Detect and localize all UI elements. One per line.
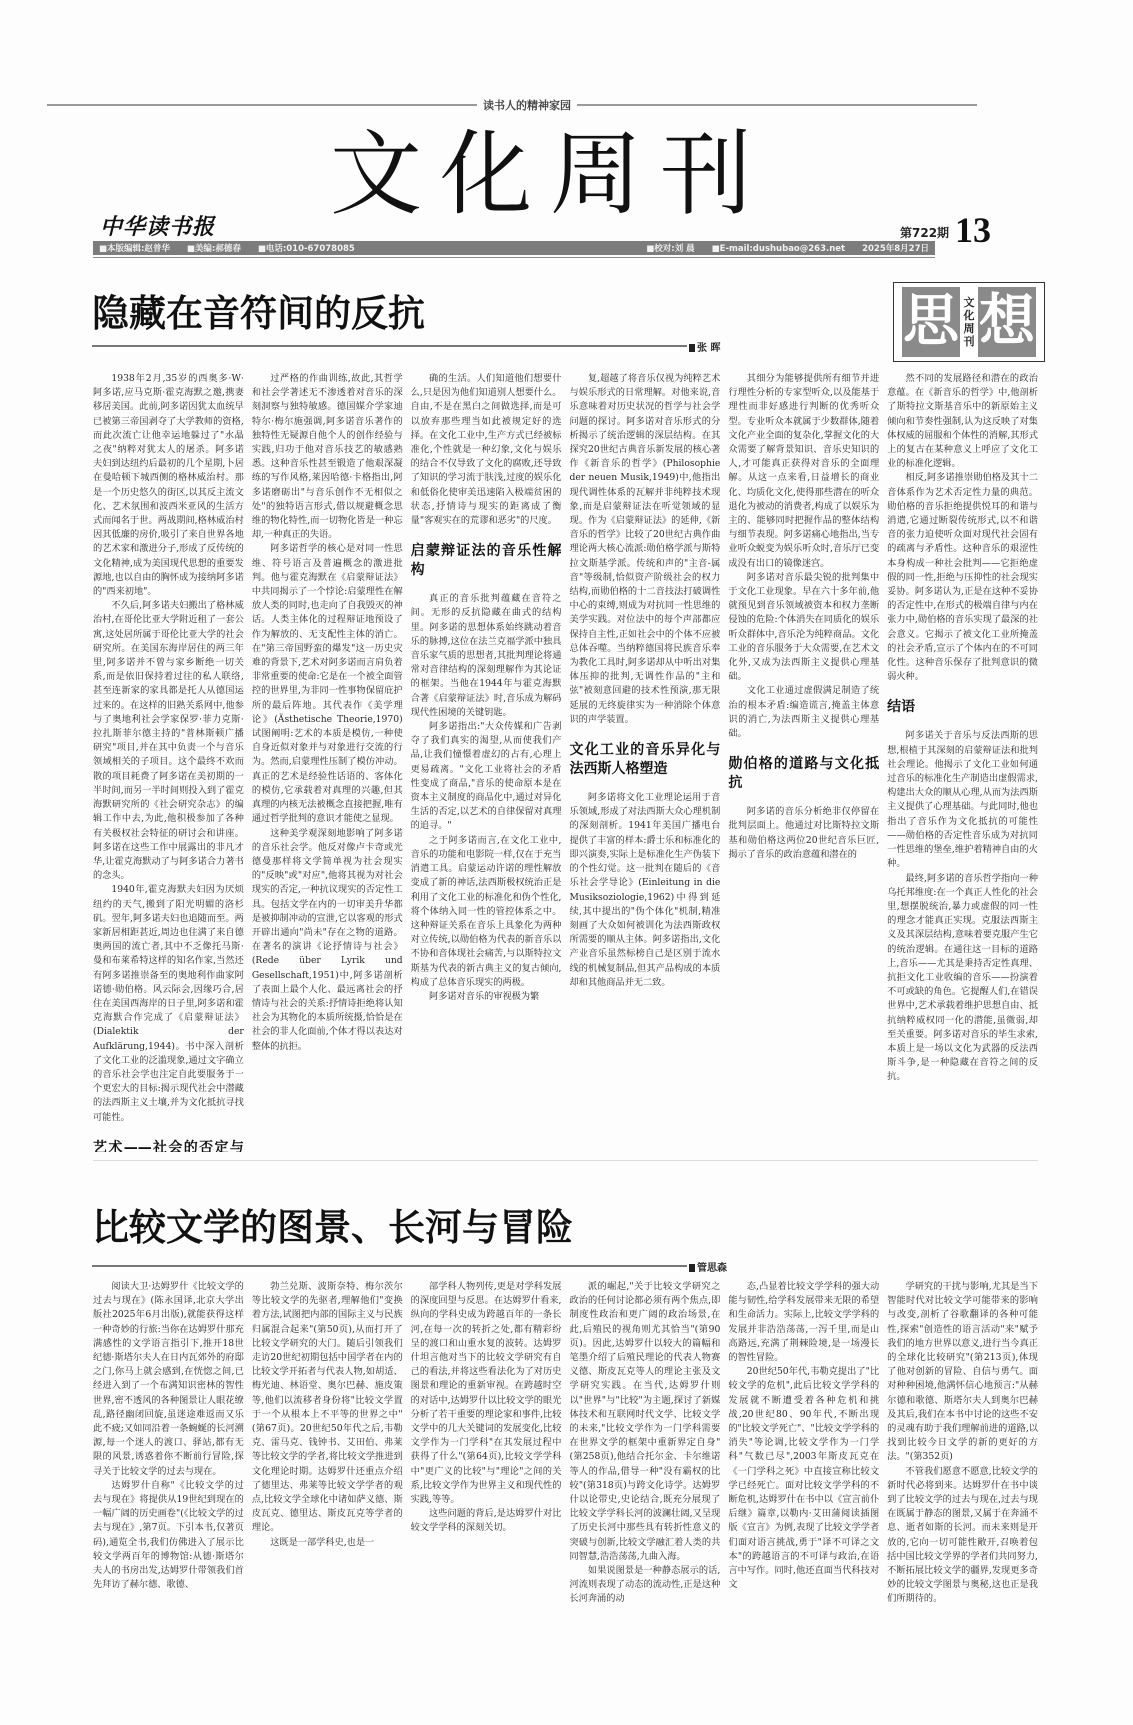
paragraph: 相反,阿多诺推崇勋伯格及其十二音体系作为艺术否定性力量的典范。勋伯格的音乐拒绝提… [887,471,1038,684]
paragraph: 最终,阿多诺的音乐哲学指向一种乌托邦维度:在一个真正人性化的社会里,想摆脱统治,… [887,872,1038,1085]
subheading-culture-industry: 文化工业的音乐异化与法西斯人格塑造 [569,741,720,779]
article1-byline: 张 晖 [689,339,720,354]
paragraph: 阿多诺哲学的核心是对同一性思维、符号语言及普遍概念的激进批判。他与霍克海默在《启… [252,542,403,826]
subheading-dialectic: 启蒙辩证法的音乐性解构 [411,542,562,580]
article1-column-1: 1938年2月,35岁的西奥多·W·阿多诺,应马克斯·霍克海默之邀,携妻移居美国… [93,372,244,1152]
article2-column-6: 学研究的干扰与影响,尤其是当下智能时代对比较文学可能带来的影响与改变,剖析了谷歌… [887,1280,1038,1700]
paragraph: 1940年,霍克海默夫妇因为厌烦纽约的天气,搬到了阳光明媚的洛杉矶。翌年,阿多诺… [93,883,244,1124]
proofreader-credit: ■校对:刘 晨 [646,244,694,254]
article2-body: 阅读大卫·达姆罗什《比较文学的过去与现在》(陈永国译,北京大学出版社2025年6… [93,1280,1038,1700]
info-bar-left: ■本版编辑:赵普华 ■美编:郝德春 ■电话:010-67078085 [99,242,355,254]
editor-credit: ■本版编辑:赵普华 [99,244,170,254]
masthead-rule-left [47,104,477,106]
paragraph: 不管我们愿意不愿意,比较文学的新时代必将到来。达姆罗什在书中谈到了比较文学的过去… [887,1465,1038,1607]
paragraph: 如果说图景是一种静态展示的话,河流则表现了动态的流动性,正是这种长河奔涌的动 [569,1564,720,1607]
subheading-conclusion: 结语 [887,698,1038,717]
email-address: ■E-mail:dushubao@263.net [712,244,846,254]
paragraph: 部学科人物列传,更是对学科发展的深度回望与反思。在达姆罗什看来,纵向的学科史成为… [411,1280,562,1507]
article2-column-5: 态,凸显着比较文学学科的强大动能与韧性,给学科发展带来无限的希望和生命活力。实际… [728,1280,879,1700]
phone-number: ■电话:010-67078085 [258,244,355,254]
article1-column-3: 确的生活。人们知道他们想要什么,只是因为他们知道别人想要什么。自由,不是在黑白之… [411,372,562,1152]
paragraph: 阿多诺对音乐的审视极为繁 [411,990,562,1004]
paragraph: 阿多诺的音乐分析绝非仅停留在批判层面上。他通过对比斯特拉文斯基和勋伯格这两位20… [728,805,879,862]
publication-date: 2025年8月27日 [862,244,929,254]
designer-credit: ■美编:郝德春 [187,244,241,254]
article1-column-2: 过严格的作曲训练,故此,其哲学和社会学著述无不渗透着对音乐的深刻洞察与独特敏感。… [252,372,403,1152]
info-bar-underline [93,257,935,258]
paragraph: 文化工业通过虚假满足制造了统治的根本矛盾:编造谎言,掩盖主体意识的消亡,为法西斯… [728,684,879,741]
article2-byline-rule [92,1265,687,1267]
masthead-motto: 读书人的精神家园 [478,97,576,113]
paragraph: 阿多诺对音乐最尖锐的批判集中于文化工业现象。早在六十多年前,他就预见到音乐领域被… [728,571,879,685]
column-logo-thought: 思 文化周刊 想 [893,282,1045,362]
paragraph: 不久后,阿多诺夫妇搬出了格林威治村,在哥伦比亚大学附近租了一套公寓,这处居所属于… [93,599,244,883]
subheading-art-society: 艺术——社会的否定与真理的显现 [93,1139,244,1152]
paragraph: 之于阿多诺而言,在文化工业中,音乐的功能和电影院一样,仅在于充当消遣工具。启蒙运… [411,834,562,990]
page-number: 13 [955,210,991,250]
article1-column-5: 其细分为能够提供所有细节并进行理性分析的专家型听众,以及能基于理性而非好感进行判… [728,372,879,1152]
paragraph: 其细分为能够提供所有细节并进行理性分析的专家型听众,以及能基于理性而非好感进行判… [728,372,879,571]
article2-column-2: 勃兰兑斯、波斯奈特、梅尔茨尔等比较文学的先驱者,理解他们"变换着方法,试图把内部… [252,1280,403,1700]
article2-column-3: 部学科人物列传,更是对学科发展的深度回望与反思。在达姆罗什看来,纵向的学科史成为… [411,1280,562,1700]
paragraph: 这既是一部学科史,也是一 [252,1536,403,1550]
masthead-title: 文化周刊 [330,120,750,230]
article1-body: 1938年2月,35岁的西奥多·W·阿多诺,应马克斯·霍克海默之邀,携妻移居美国… [93,372,1038,1152]
paragraph: 阿多诺关于音乐与反法西斯的思想,根植于其深刻的启蒙辩证法和批判社会理论。他揭示了… [887,729,1038,871]
article2-column-1: 阅读大卫·达姆罗什《比较文学的过去与现在》(陈永国译,北京大学出版社2025年6… [93,1280,244,1700]
paragraph: 阿多诺指出:"大众传媒和广告剥夺了我们真实的渴望,从而使我们产品,让我们憧憬着虚… [411,720,562,834]
article2-headline: 比较文学的图景、长河与冒险 [92,1197,573,1251]
masthead-rule-right [577,104,977,106]
column-logo-vertical-text: 文化周刊 [962,296,976,348]
newspaper-logo: 中华读书报 [100,210,215,241]
paragraph: 阅读大卫·达姆罗什《比较文学的过去与现在》(陈永国译,北京大学出版社2025年6… [93,1280,244,1479]
issue-number: 第722期 [900,224,949,241]
paragraph: 真正的音乐批判蕴藏在音符之间。无形的反抗隐藏在曲式的结构里。阿多诺的思想体系始终… [411,592,562,720]
paragraph: 然不同的发展路径和潜在的政治意蕴。在《新音乐的哲学》中,他剖析了斯特拉文斯基音乐… [887,372,1038,471]
paragraph: 这种美学观深刻地影响了阿多诺的音乐社会学。他反对像卢卡奇或光德曼那样将文学简单视… [252,827,403,1054]
article2-byline: 管思森 [689,1259,727,1274]
paragraph: 派的崛起,"关于比较文学研究之政治的任何讨论都必须有两个焦点,即制度性政治和更广… [569,1280,720,1564]
paragraph: 达姆罗什自称"《比较文学的过去与现在》将提供从19世纪到现在的一幅广阔的历史画卷… [93,1479,244,1593]
article-divider [93,1160,1038,1161]
article1-column-6: 然不同的发展路径和潜在的政治意蕴。在《新音乐的哲学》中,他剖析了斯特拉文斯基音乐… [887,372,1038,1152]
paragraph: 过严格的作曲训练,故此,其哲学和社会学著述无不渗透着对音乐的深刻洞察与独特敏感。… [252,372,403,542]
editorial-info-bar: ■本版编辑:赵普华 ■美编:郝德春 ■电话:010-67078085 ■校对:刘… [93,241,935,255]
article1-headline: 隐藏在音符间的反抗 [92,283,425,337]
paragraph: 1938年2月,35岁的西奥多·W·阿多诺,应马克斯·霍克海默之邀,携妻移居美国… [93,372,244,599]
paragraph: 态,凸显着比较文学学科的强大动能与韧性,给学科发展带来无限的希望和生命活力。实际… [728,1280,879,1365]
paragraph: 这些问题的背后,是达姆罗什对比较文学学科的深刻关切。 [411,1507,562,1535]
paragraph: 确的生活。人们知道他们想要什么,只是因为他们知道别人想要什么。自由,不是在黑白之… [411,372,562,528]
paragraph: 复,超越了将音乐仅视为纯粹艺术与娱乐形式的日常理解。对他来说,音乐意味着对历史状… [569,372,720,727]
paragraph: 学研究的干扰与影响,尤其是当下智能时代对比较文学可能带来的影响与改变,剖析了谷歌… [887,1280,1038,1465]
article1-column-4: 复,超越了将音乐仅视为纯粹艺术与娱乐形式的日常理解。对他来说,音乐意味着对历史状… [569,372,720,1152]
info-bar-right: ■校对:刘 晨 ■E-mail:dushubao@263.net 2025年8月… [646,242,929,254]
subheading-schoenberg: 勋伯格的道路与文化抵抗 [728,755,879,793]
paragraph: 勃兰兑斯、波斯奈特、梅尔茨尔等比较文学的先驱者,理解他们"变换着方法,试图把内部… [252,1280,403,1536]
paragraph: 阿多诺将文化工业理论运用于音乐领域,形成了对法西斯大众心理机制的深刻剖析。194… [569,791,720,990]
paragraph: 20世纪50年代,韦勒克提出了"比较文学的危机",此后比较文学学科的发展就不断遭… [728,1365,879,1592]
article1-byline-rule [92,345,687,347]
article2-column-4: 派的崛起,"关于比较文学研究之政治的任何讨论都必须有两个焦点,即制度性政治和更广… [569,1280,720,1700]
column-logo-char-xiang: 想 [978,287,1036,357]
column-logo-char-si: 思 [902,287,960,357]
